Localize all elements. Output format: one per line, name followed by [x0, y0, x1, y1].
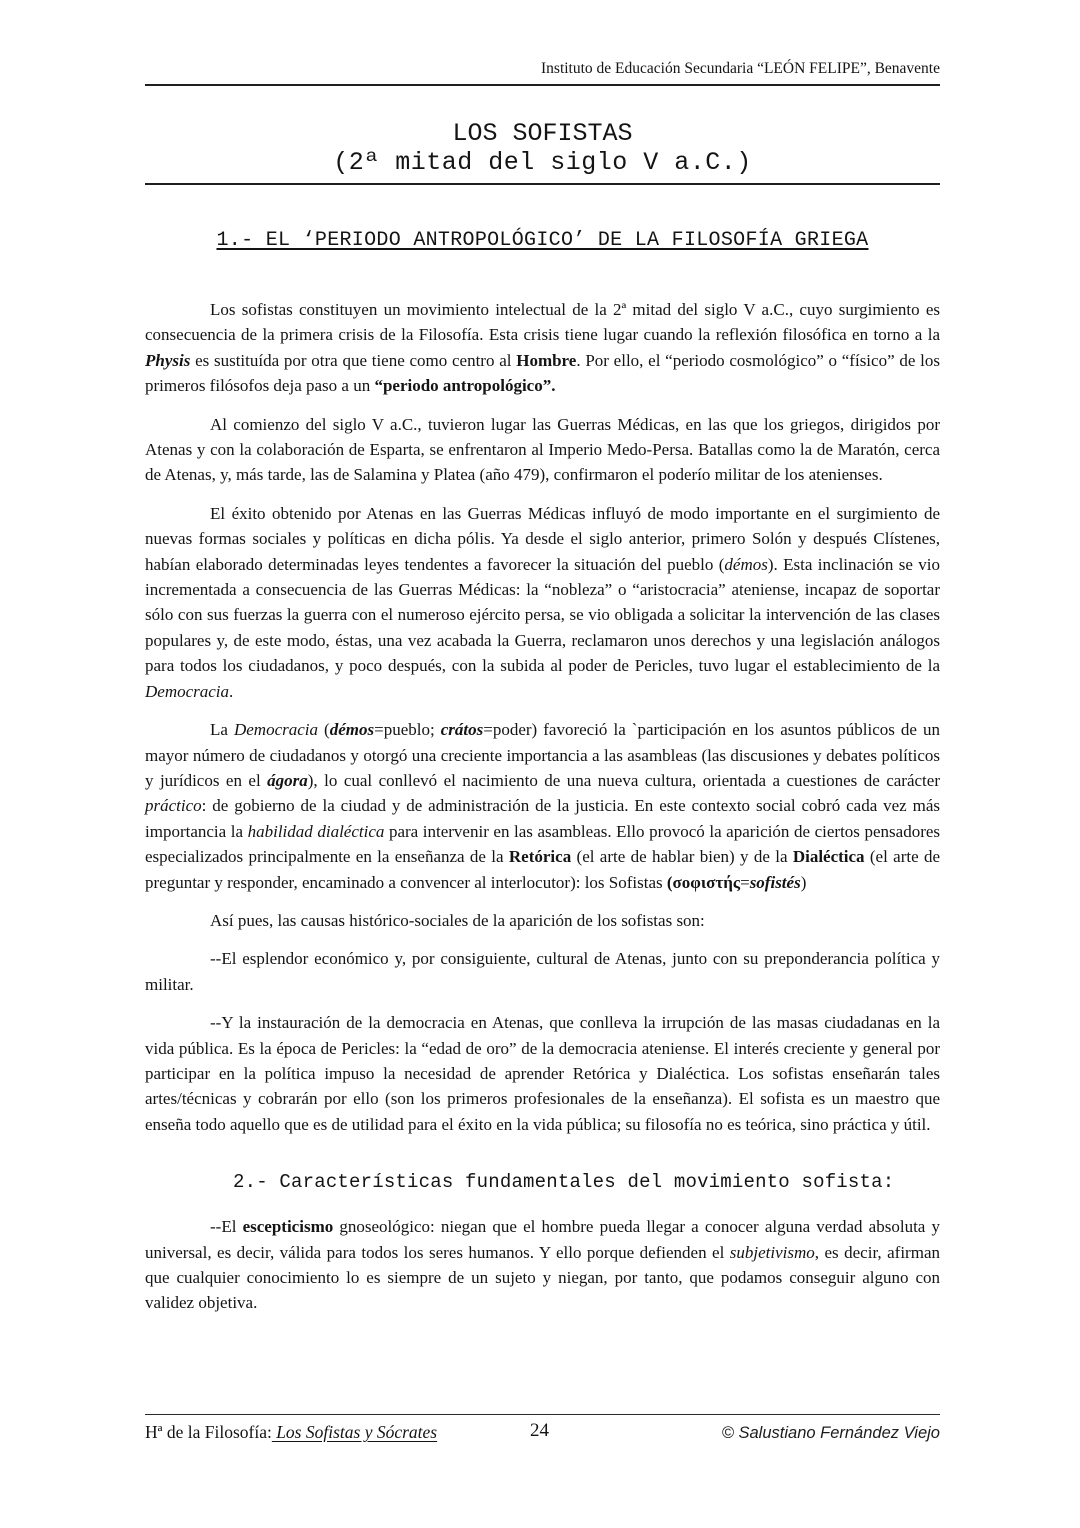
document-body: Los sofistas constituyen un movimiento i… [145, 297, 940, 1316]
title-line-2: (2ª mitad del siglo V a.C.) [145, 148, 940, 177]
paragraph-3: El éxito obtenido por Atenas en las Guer… [145, 501, 940, 704]
document-page: Instituto de Educación Secundaria “LEÓN … [0, 0, 1080, 1528]
footer-course: Hª de la Filosofía: Los Sofistas y Sócra… [145, 1422, 437, 1442]
footer-row: Hª de la Filosofía: Los Sofistas y Sócra… [145, 1420, 940, 1444]
paragraph-1: Los sofistas constituyen un movimiento i… [145, 297, 940, 399]
header-institution: Instituto de Educación Secundaria “LEÓN … [145, 0, 940, 79]
paragraph-2: Al comienzo del siglo V a.C., tuvieron l… [145, 412, 940, 488]
title-rule [145, 183, 940, 185]
title-line-1: LOS SOFISTAS [145, 119, 940, 148]
footer-course-label: Hª de la Filosofía: [145, 1422, 272, 1442]
section-2-heading: 2.- Características fundamentales del mo… [233, 1171, 940, 1193]
paragraph-6: --El esplendor económico y, por consigui… [145, 946, 940, 997]
paragraph-4: La Democracia (démos=pueblo; crátos=pode… [145, 717, 940, 895]
page-footer: Hª de la Filosofía: Los Sofistas y Sócra… [145, 1414, 940, 1444]
paragraph-7: --Y la instauración de la democracia en … [145, 1010, 940, 1137]
page-content: Instituto de Educación Secundaria “LEÓN … [145, 0, 940, 1316]
page-number: 24 [530, 1419, 549, 1443]
paragraph-5: Así pues, las causas histórico-sociales … [145, 908, 940, 933]
paragraph-8: --El escepticismo gnoseológico: niegan q… [145, 1214, 940, 1316]
section-1-heading: 1.- EL ‘PERIODO ANTROPOLÓGICO’ DE LA FIL… [145, 229, 940, 252]
document-title: LOS SOFISTAS (2ª mitad del siglo V a.C.) [145, 119, 940, 177]
footer-rule [145, 1414, 940, 1415]
footer-unit-title: Los Sofistas y Sócrates [272, 1422, 437, 1442]
header-rule [145, 84, 940, 86]
footer-copyright: © Salustiano Fernández Viejo [722, 1421, 940, 1445]
